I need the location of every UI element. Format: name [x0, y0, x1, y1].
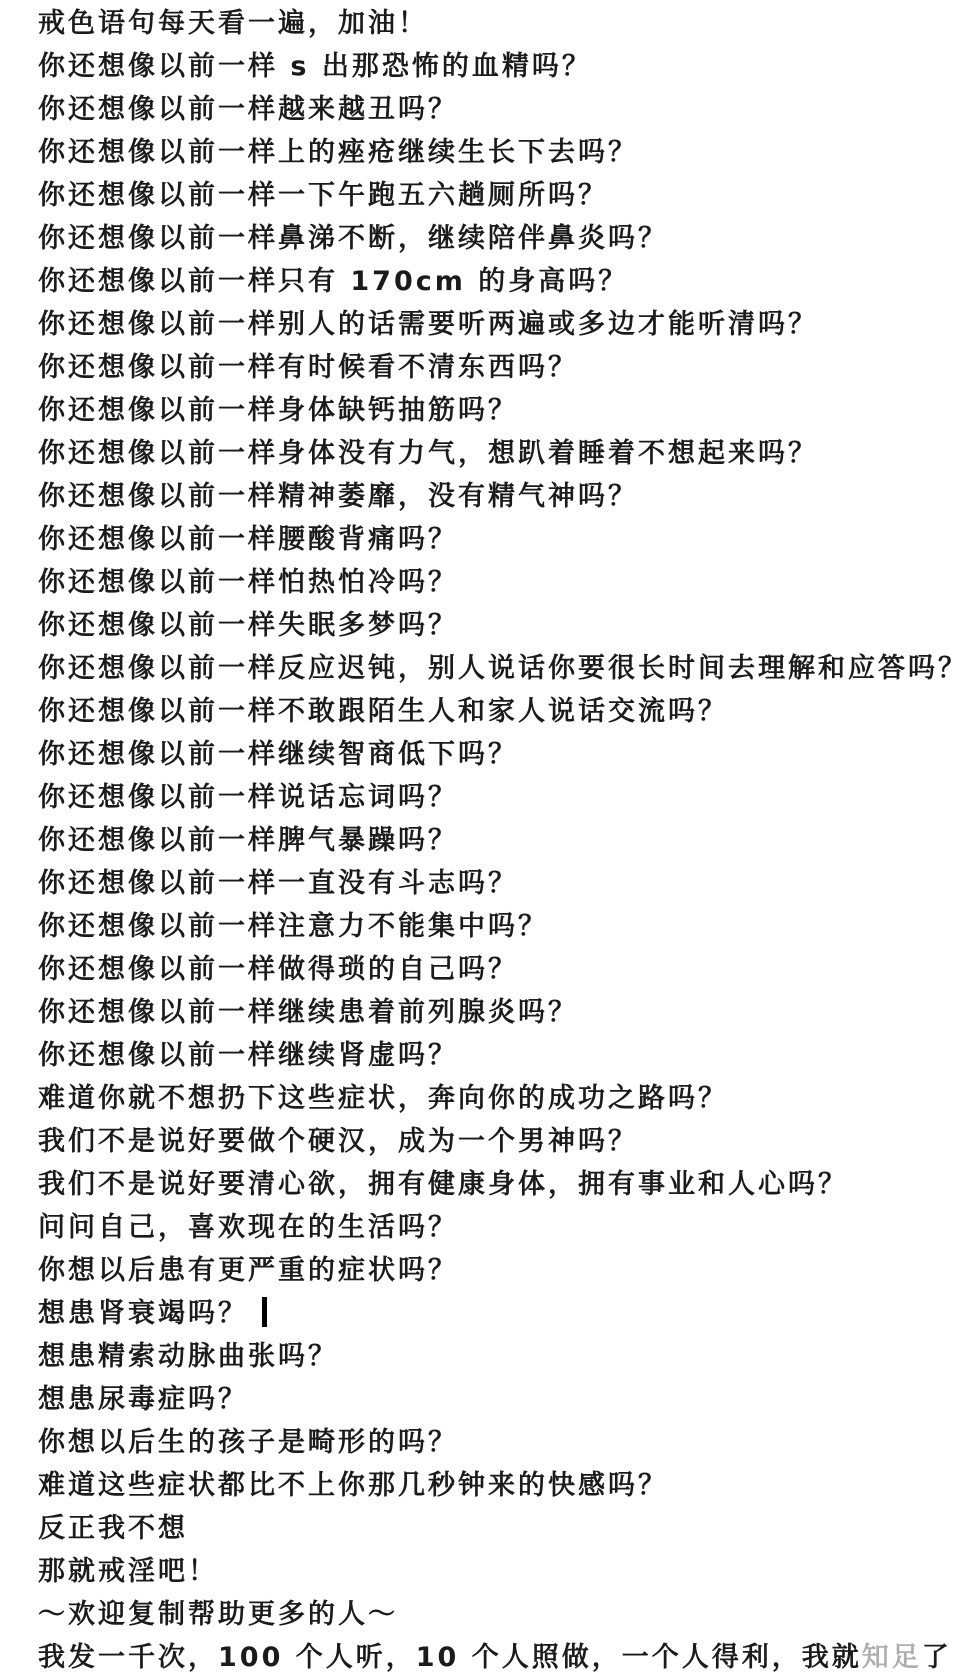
text-run: 你还想像以前一样注意力不能集中吗？: [38, 911, 548, 942]
text-run: 你还想像以前一样继续智商低下吗？: [38, 739, 518, 770]
text-run: 你还想像以前一样有时候看不清东西吗？: [38, 352, 578, 383]
text-line[interactable]: 我们不是说好要清心欲，拥有健康身体，拥有事业和人心吗？: [38, 1163, 950, 1206]
text-run: 你还想像以前一样上的痤疮继续生长下去吗？: [38, 137, 638, 168]
text-run: 你想以后患有更严重的症状吗？: [38, 1255, 458, 1286]
text-line[interactable]: 你还想像以前一样只有 170cm 的身高吗？: [38, 260, 950, 303]
text-run: 你还想像以前一样身体没有力气，想趴着睡着不想起来吗？: [38, 438, 818, 469]
text-line[interactable]: 你还想像以前一样身体没有力气，想趴着睡着不想起来吗？: [38, 432, 950, 475]
text-line[interactable]: 你还想像以前一样 s 出那恐怖的血精吗？: [38, 45, 950, 88]
text-run: 你还想像以前一样腰酸背痛吗？: [38, 524, 458, 555]
text-run: 难道这些症状都比不上你那几秒钟来的快感吗？: [38, 1470, 668, 1501]
text-run: ～欢迎复制帮助更多的人～: [38, 1599, 398, 1630]
text-run: 你还想像以前一样一直没有斗志吗？: [38, 868, 518, 899]
text-line[interactable]: 你还想像以前一样做得琐的自己吗？: [38, 948, 950, 991]
text-line[interactable]: 戒色语句每天看一遍，加油！: [38, 2, 950, 45]
text-run: 反正我不想: [38, 1513, 188, 1544]
text-run: 难道你就不想扔下这些症状，奔向你的成功之路吗？: [38, 1083, 728, 1114]
text-run: 你想以后生的孩子是畸形的吗？: [38, 1427, 458, 1458]
text-line[interactable]: 你还想像以前一样鼻涕不断，继续陪伴鼻炎吗？: [38, 217, 950, 260]
text-run: 你还想像以前一样脾气暴躁吗？: [38, 825, 458, 856]
text-run: 你还想像以前一样一下午跑五六趟厕所吗？: [38, 180, 608, 211]
text-run: 你还想像以前一样别人的话需要听两遍或多边才能听清吗？: [38, 309, 818, 340]
text-line[interactable]: ～欢迎复制帮助更多的人～: [38, 1593, 950, 1636]
text-line[interactable]: 想患尿毒症吗？: [38, 1378, 950, 1421]
text-cursor: [262, 1297, 267, 1327]
text-line[interactable]: 难道你就不想扔下这些症状，奔向你的成功之路吗？: [38, 1077, 950, 1120]
text-line[interactable]: 你还想像以前一样身体缺钙抽筋吗？: [38, 389, 950, 432]
text-run: 你还想像以前一样不敢跟陌生人和家人说话交流吗？: [38, 696, 728, 727]
text-line[interactable]: 你还想像以前一样注意力不能集中吗？: [38, 905, 950, 948]
text-line[interactable]: 你还想像以前一样有时候看不清东西吗？: [38, 346, 950, 389]
text-run: 你还想像以前一样只有 170cm 的身高吗？: [38, 266, 628, 297]
text-run: 戒色语句每天看一遍，加油！: [38, 8, 428, 39]
document-text-area[interactable]: 戒色语句每天看一遍，加油！你还想像以前一样 s 出那恐怖的血精吗？你还想像以前一…: [0, 0, 960, 1677]
text-line[interactable]: 想患精索动脉曲张吗？: [38, 1335, 950, 1378]
text-line[interactable]: 问问自己，喜欢现在的生活吗？: [38, 1206, 950, 1249]
text-run: 你还想像以前一样身体缺钙抽筋吗？: [38, 395, 518, 426]
text-run: 我发一千次，100 个人听，10 个人照做，一个人得利，我就: [38, 1642, 862, 1673]
text-line[interactable]: 反正我不想: [38, 1507, 950, 1550]
text-line[interactable]: 想患肾衰竭吗？: [38, 1292, 950, 1335]
text-run: 你还想像以前一样继续肾虚吗？: [38, 1040, 458, 1071]
text-run: 你还想像以前一样反应迟钝，别人说话你要很长时间去理解和应答吗？: [38, 653, 960, 684]
text-run: 你还想像以前一样失眠多梦吗？: [38, 610, 458, 641]
text-line[interactable]: 你想以后生的孩子是畸形的吗？: [38, 1421, 950, 1464]
text-line[interactable]: 那就戒淫吧！: [38, 1550, 950, 1593]
text-line[interactable]: 你还想像以前一样继续肾虚吗？: [38, 1034, 950, 1077]
text-line[interactable]: 你还想像以前一样不敢跟陌生人和家人说话交流吗？: [38, 690, 950, 733]
text-line[interactable]: 你还想像以前一样别人的话需要听两遍或多边才能听清吗？: [38, 303, 950, 346]
text-line[interactable]: 你还想像以前一样上的痤疮继续生长下去吗？: [38, 131, 950, 174]
text-line[interactable]: 你还想像以前一样反应迟钝，别人说话你要很长时间去理解和应答吗？: [38, 647, 950, 690]
text-run: 你还想像以前一样做得琐的自己吗？: [38, 954, 518, 985]
text-run: 你还想像以前一样说话忘词吗？: [38, 782, 458, 813]
text-run: 你还想像以前一样怕热怕冷吗？: [38, 567, 458, 598]
text-run: 想患尿毒症吗？: [38, 1384, 248, 1415]
text-run: 你还想像以前一样继续患着前列腺炎吗？: [38, 997, 578, 1028]
text-run: 你还想像以前一样越来越丑吗？: [38, 94, 458, 125]
text-run: 那就戒淫吧！: [38, 1556, 218, 1587]
text-line[interactable]: 你还想像以前一样失眠多梦吗？: [38, 604, 950, 647]
text-run: 想患肾衰竭吗？: [38, 1298, 248, 1329]
text-line[interactable]: 你还想像以前一样腰酸背痛吗？: [38, 518, 950, 561]
text-line[interactable]: 你想以后患有更严重的症状吗？: [38, 1249, 950, 1292]
text-line[interactable]: 你还想像以前一样越来越丑吗？: [38, 88, 950, 131]
text-run: 我们不是说好要做个硬汉，成为一个男神吗？: [38, 1126, 638, 1157]
text-line[interactable]: 我们不是说好要做个硬汉，成为一个男神吗？: [38, 1120, 950, 1163]
document-page[interactable]: 戒色语句每天看一遍，加油！你还想像以前一样 s 出那恐怖的血精吗？你还想像以前一…: [0, 0, 960, 1677]
faded-text-run: 知足: [862, 1642, 922, 1673]
text-run: 你还想像以前一样鼻涕不断，继续陪伴鼻炎吗？: [38, 223, 668, 254]
text-run: 我们不是说好要清心欲，拥有健康身体，拥有事业和人心吗？: [38, 1169, 848, 1200]
text-line[interactable]: 你还想像以前一样说话忘词吗？: [38, 776, 950, 819]
text-run: 想患精索动脉曲张吗？: [38, 1341, 338, 1372]
text-line[interactable]: 你还想像以前一样怕热怕冷吗？: [38, 561, 950, 604]
text-line[interactable]: 你还想像以前一样精神萎靡，没有精气神吗？: [38, 475, 950, 518]
text-line[interactable]: 你还想像以前一样一下午跑五六趟厕所吗？: [38, 174, 950, 217]
text-line[interactable]: 我发一千次，100 个人听，10 个人照做，一个人得利，我就知足了: [38, 1636, 950, 1677]
text-line[interactable]: 你还想像以前一样一直没有斗志吗？: [38, 862, 950, 905]
text-line[interactable]: 你还想像以前一样继续患着前列腺炎吗？: [38, 991, 950, 1034]
text-line[interactable]: 你还想像以前一样脾气暴躁吗？: [38, 819, 950, 862]
text-run: 你还想像以前一样精神萎靡，没有精气神吗？: [38, 481, 638, 512]
text-run: 你还想像以前一样 s 出那恐怖的血精吗？: [38, 51, 592, 82]
text-run: 了: [922, 1642, 952, 1673]
text-line[interactable]: 你还想像以前一样继续智商低下吗？: [38, 733, 950, 776]
text-line[interactable]: 难道这些症状都比不上你那几秒钟来的快感吗？: [38, 1464, 950, 1507]
text-run: 问问自己，喜欢现在的生活吗？: [38, 1212, 458, 1243]
